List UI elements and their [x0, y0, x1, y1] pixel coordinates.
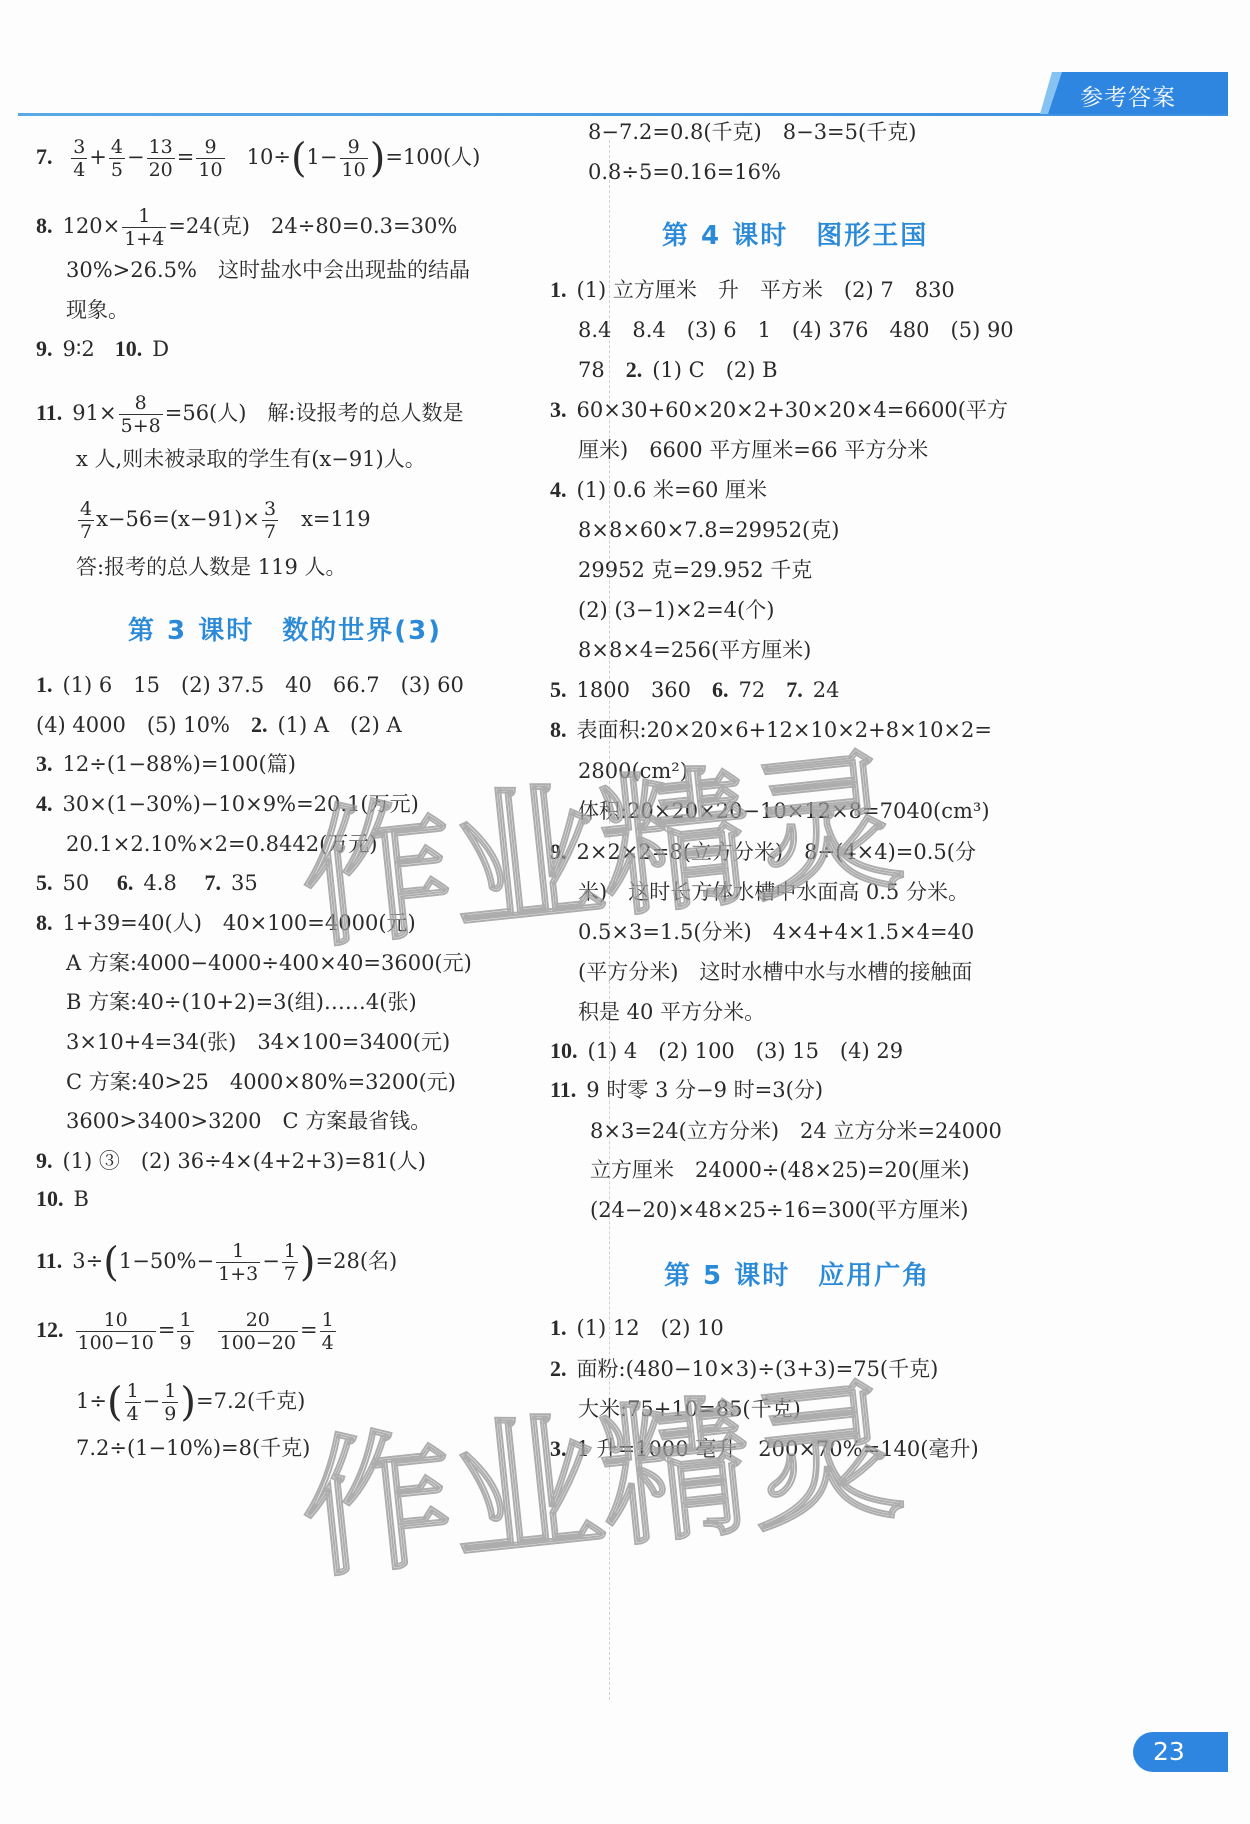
answer-key-label: 参考答案 [1080, 79, 1176, 112]
s4-answer-4-convert: 29952 克=29.952 千克 [578, 556, 812, 584]
s3-answer-12: 12.10100−10=19 20100−20=14 [36, 1309, 338, 1354]
s4-answer-4-mass: 8×8×60×7.8=29952(克) [578, 516, 839, 544]
s3-answer-5-7: 5.50 6.4.8 7.35 [36, 869, 258, 897]
section-title-lesson3: 第 3 课时 数的世界(3) [128, 610, 442, 647]
s4-answer-9-line4: (平方分米) 这时水槽中水与水槽的接触面 [578, 958, 972, 986]
s4-answer-11-line4: (24−20)×48×25÷16=300(平方厘米) [590, 1196, 968, 1224]
s5-answer-1: 1.(1) 12 (2) 10 [550, 1314, 724, 1342]
s4-answer-5-7: 5.1800 360 6.72 7.24 [550, 676, 840, 704]
s4-answer-4: 4.(1) 0.6 米=60 厘米 [550, 476, 767, 504]
section-title-lesson4: 第 4 课时 图形王国 [662, 215, 928, 252]
s3-answer-3: 3.12÷(1−88%)=100(篇) [36, 750, 296, 778]
s3-answer-8-plan-b-cost: 3×10+4=34(张) 34×100=3400(元) [66, 1028, 450, 1056]
answer-q8-line3: 现象。 [66, 296, 129, 324]
answer-q8: 8.120×11+4=24(克) 24÷80=0.3=30% [36, 205, 457, 250]
answer-q11: 11.91×85+8=56(人) 解:设报考的总人数是 [36, 392, 464, 437]
s3-answer-1-cont-2: (4) 4000 (5) 10% 2.(1) A (2) A [36, 711, 402, 739]
page-number-badge: 23 [1133, 1732, 1228, 1772]
s3-answer-10: 10.B [36, 1185, 89, 1213]
s3-answer-1: 1.(1) 6 15 (2) 37.5 40 66.7 (3) 60 [36, 671, 464, 699]
s4-answer-4-part2: (2) (3−1)×2=4(个) [578, 596, 774, 624]
s3-answer-8-conclusion: 3600>3400>3200 C 方案最省钱。 [66, 1107, 431, 1135]
s4-answer-11: 11.9 时零 3 分−9 时=3(分) [550, 1076, 823, 1104]
s4-answer-10: 10.(1) 4 (2) 100 (3) 15 (4) 29 [550, 1037, 903, 1065]
s4-answer-1-line2: 8.4 8.4 (3) 6 1 (4) 376 480 (5) 90 [578, 316, 1014, 344]
s4-answer-11-line3: 立方厘米 24000÷(48×25)=20(厘米) [590, 1156, 970, 1184]
s3-answer-12-line2: 1÷(14−19)=7.2(千克) [76, 1380, 305, 1425]
s3-answer-9: 9.(1) ③ (2) 36÷4×(4+2+3)=81(人) [36, 1147, 426, 1175]
s3-answer-8-plan-c: C 方案:40>25 4000×80%=3200(元) [66, 1068, 456, 1096]
s4-answer-1-line3: 78 2.(1) C (2) B [578, 356, 778, 384]
answer-q11-equation: 47x−56=(x−91)×37 x=119 [76, 498, 371, 543]
s3-answer-12-result: 0.8÷5=0.16=16% [588, 158, 781, 186]
s4-answer-9-line5: 积是 40 平方分米。 [578, 998, 765, 1026]
s3-answer-8-plan-b: B 方案:40÷(10+2)=3(组)……4(张) [66, 988, 417, 1016]
s3-answer-11: 11.3÷(1−50%−11+3−17)=28(名) [36, 1240, 397, 1285]
s4-answer-3-line2: 厘米) 6600 平方厘米=66 平方分米 [578, 436, 928, 464]
watermark-text: 作业精灵 [290, 1329, 909, 1607]
answer-q11-answer: 答:报考的总人数是 119 人。 [76, 553, 347, 581]
s3-answer-12-line3: 7.2÷(1−10%)=8(千克) [76, 1434, 310, 1462]
answer-key-tab: 参考答案 [1040, 72, 1228, 114]
answer-q11-line2: x 人,则未被录取的学生有(x−91)人。 [76, 445, 426, 473]
s3-answer-12-cont: 8−7.2=0.8(千克) 8−3=5(千克) [588, 118, 916, 146]
s4-answer-4-area: 8×8×4=256(平方厘米) [578, 636, 811, 664]
answer-q9-q10: 9.9∶2 10.D [36, 335, 169, 363]
page-number: 23 [1153, 1737, 1185, 1766]
answer-q7: 7. 34+45−1320=910 10÷(1−910)=100(人) [36, 136, 480, 181]
s4-answer-1: 1.(1) 立方厘米 升 平方米 (2) 7 830 [550, 276, 955, 304]
s4-answer-11-line2: 8×3=24(立方分米) 24 立方分米=24000 [590, 1117, 1002, 1145]
section-title-lesson5: 第 5 课时 应用广角 [664, 1255, 930, 1292]
answer-q8-line2: 30%>26.5% 这时盐水中会出现盐的结晶 [66, 256, 470, 284]
s4-answer-3: 3.60×30+60×20×2+30×20×4=6600(平方 [550, 396, 1008, 424]
